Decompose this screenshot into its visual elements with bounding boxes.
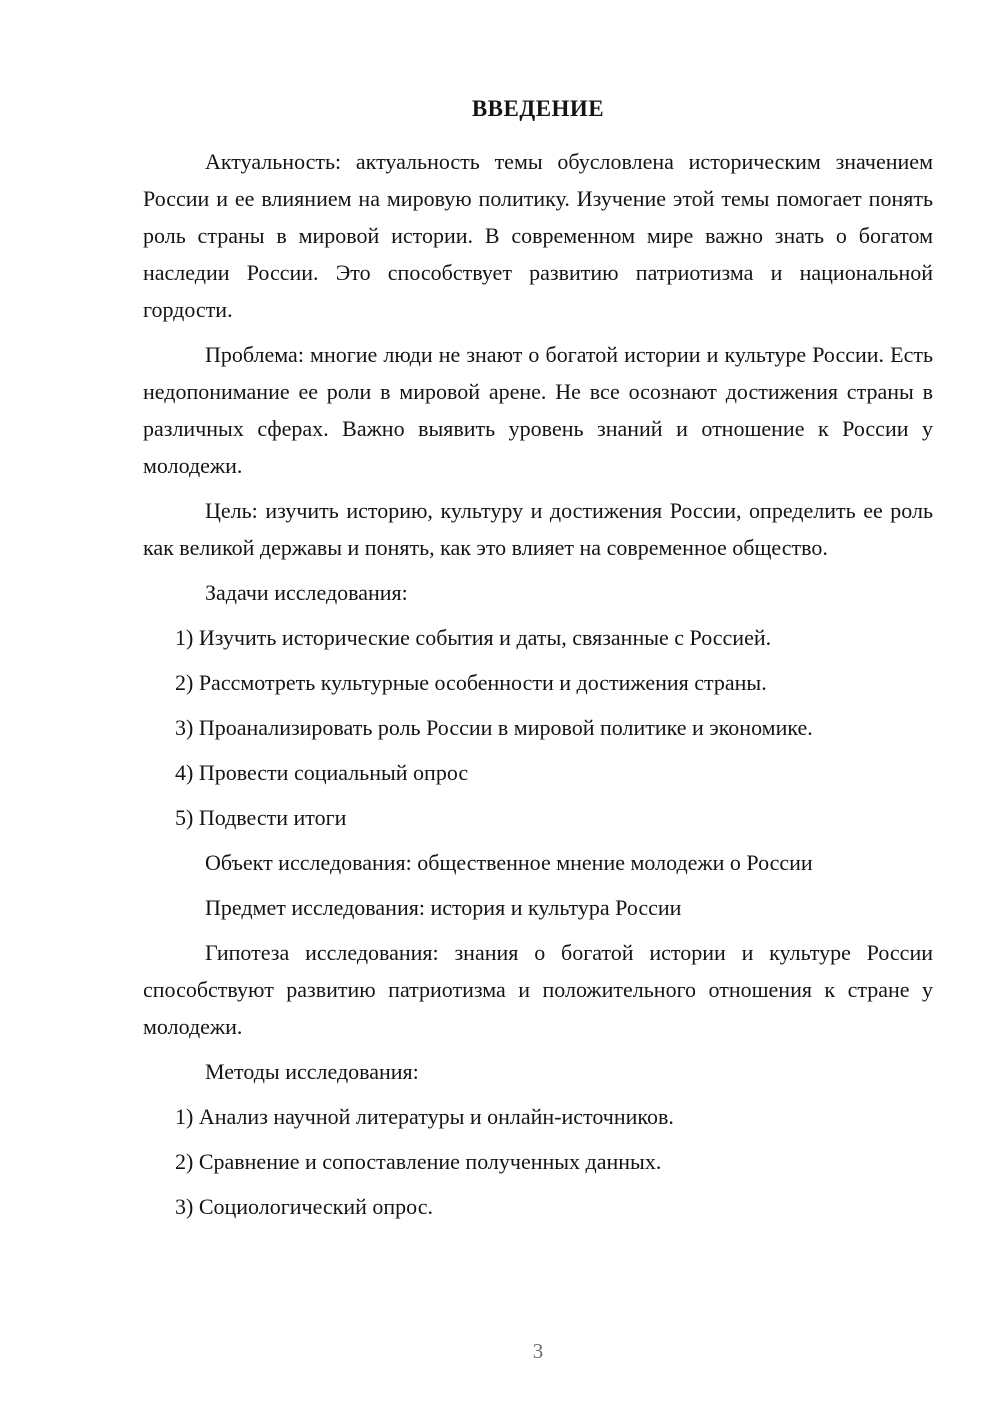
list-item: 5) Подвести итоги	[143, 799, 933, 836]
paragraph: Актуальность: актуальность темы обусловл…	[143, 143, 933, 328]
paragraph: Гипотеза исследования: знания о богатой …	[143, 934, 933, 1045]
list-item: 1) Анализ научной литературы и онлайн-ис…	[143, 1098, 933, 1135]
page-title: ВВЕДЕНИЕ	[143, 90, 933, 127]
list-item: 1) Изучить исторические события и даты, …	[143, 619, 933, 656]
paragraph: Проблема: многие люди не знают о богатой…	[143, 336, 933, 484]
list-item: 3) Проанализировать роль России в мирово…	[143, 709, 933, 746]
paragraph: Предмет исследования: история и культура…	[143, 889, 933, 926]
paragraph: Цель: изучить историю, культуру и достиж…	[143, 492, 933, 566]
paragraph: Задачи исследования:	[143, 574, 933, 611]
list-item: 3) Социологический опрос.	[143, 1188, 933, 1225]
document-page: ВВЕДЕНИЕ Актуальность: актуальность темы…	[0, 0, 1000, 1414]
list-item: 2) Рассмотреть культурные особенности и …	[143, 664, 933, 701]
page-number: 3	[143, 1339, 933, 1364]
paragraph: Методы исследования:	[143, 1053, 933, 1090]
list-item: 4) Провести социальный опрос	[143, 754, 933, 791]
document-body: Актуальность: актуальность темы обусловл…	[143, 143, 933, 1225]
paragraph: Объект исследования: общественное мнение…	[143, 844, 933, 881]
list-item: 2) Сравнение и сопоставление полученных …	[143, 1143, 933, 1180]
